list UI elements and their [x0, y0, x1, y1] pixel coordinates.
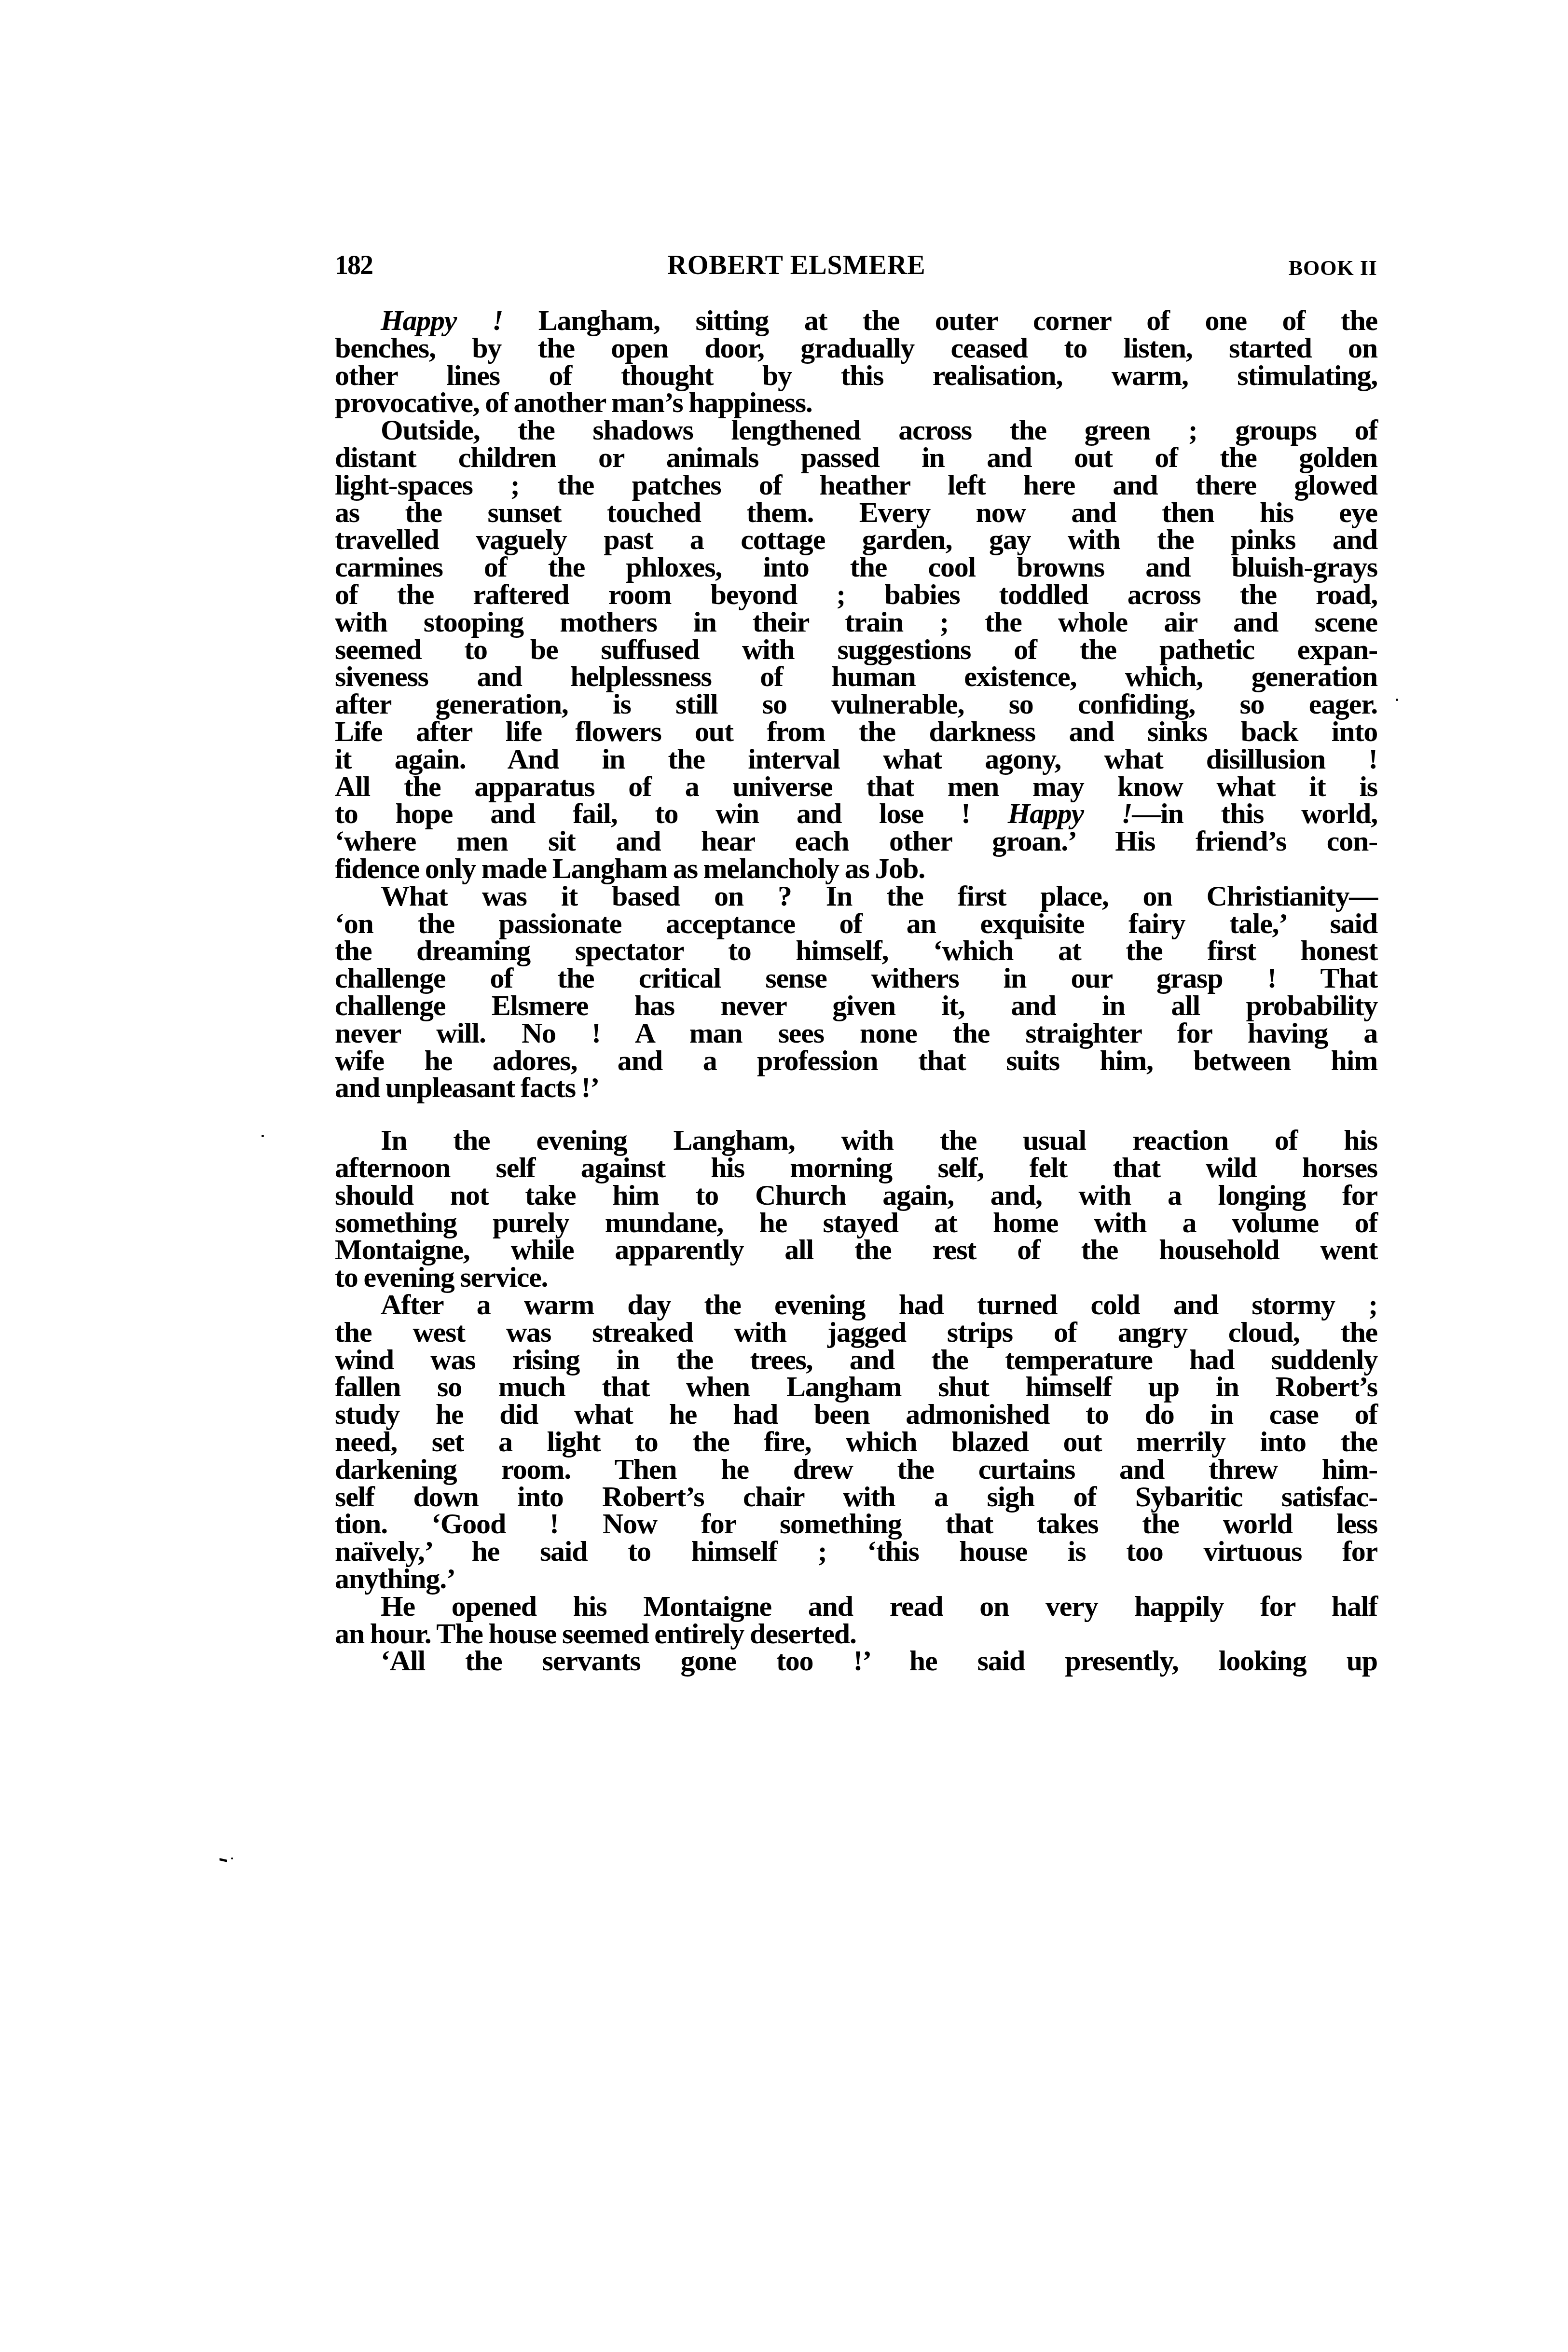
text-line: challenge Elsmere has never given it, an…: [335, 992, 1377, 1019]
text-line: After a warm day the evening had turned …: [335, 1291, 1377, 1319]
text-line: of the raftered room beyond ; babies tod…: [335, 581, 1377, 608]
text-line: should not take him to Church again, and…: [335, 1182, 1377, 1209]
scan-speck: [1396, 699, 1398, 701]
text-line: never will. No ! A man sees none the str…: [335, 1019, 1377, 1047]
text-line: challenge of the critical sense withers …: [335, 964, 1377, 992]
text-line: fidence only made Langham as melancholy …: [335, 855, 1377, 882]
line-text: ‘All the servants gone too !’ he said pr…: [381, 1645, 1377, 1677]
text-line: tion. ‘Good ! Now for something that tak…: [335, 1510, 1377, 1538]
text-line: self down into Robert’s chair with a sig…: [335, 1483, 1377, 1511]
text-line: In the evening Langham, with the usual r…: [335, 1127, 1377, 1154]
text-line: as the sunset touched them. Every now an…: [335, 499, 1377, 526]
text-line: seemed to be suffused with suggestions o…: [335, 636, 1377, 663]
book-page: 182 ROBERT ELSMERE BOOK II Happy ! Langh…: [0, 0, 1568, 2352]
running-head: 182 ROBERT ELSMERE BOOK II: [335, 248, 1377, 282]
text-line: ‘All the servants gone too !’ he said pr…: [335, 1647, 1377, 1675]
book-title: ROBERT ELSMERE: [605, 248, 989, 282]
scan-mark: [220, 1857, 231, 1862]
text-line: need, set a light to the fire, which bla…: [335, 1428, 1377, 1456]
text-line: ‘where men sit and hear each other groan…: [335, 827, 1377, 855]
text-line: ‘on the passionate acceptance of an exqu…: [335, 910, 1377, 937]
page-number: 182: [335, 248, 372, 282]
scan-speck: [261, 1135, 264, 1137]
text-line: What was it based on ? In the first plac…: [335, 882, 1377, 910]
line-text: naïvely,’ he said to himself ; ‘this hou…: [335, 1535, 1377, 1567]
text-line: wife he adores, and a profession that su…: [335, 1047, 1377, 1074]
text-line: the west was streaked with jagged strips…: [335, 1319, 1377, 1346]
text-line: provocative, of another man’s happiness.: [335, 389, 1377, 416]
text-line: to hope and fail, to win and lose ! Happ…: [335, 800, 1377, 827]
text-line: darkening room. Then he drew the curtain…: [335, 1456, 1377, 1483]
text-line: afternoon self against his morning self,…: [335, 1154, 1377, 1182]
text-line: with stooping mothers in their train ; t…: [335, 608, 1377, 636]
text-line: other lines of thought by this realisati…: [335, 362, 1377, 389]
text-line: it again. And in the interval what agony…: [335, 745, 1377, 773]
text-line: He opened his Montaigne and read on very…: [335, 1593, 1377, 1620]
text-line: anything.’: [335, 1565, 1377, 1593]
text-line: carmines of the phloxes, into the cool b…: [335, 553, 1377, 581]
text-line: fallen so much that when Langham shut hi…: [335, 1373, 1377, 1401]
text-line: travelled vaguely past a cottage garden,…: [335, 526, 1377, 553]
text-line: to evening service.: [335, 1264, 1377, 1291]
text-line: Happy ! Langham, sitting at the outer co…: [335, 307, 1377, 334]
text-line: All the apparatus of a universe that men…: [335, 773, 1377, 800]
text-line: light-spaces ; the patches of heather le…: [335, 471, 1377, 499]
text-line: distant children or animals passed in an…: [335, 444, 1377, 471]
text-line: the dreaming spectator to himself, ‘whic…: [335, 937, 1377, 964]
text-line: benches, by the open door, gradually cea…: [335, 334, 1377, 362]
text-line: an hour. The house seemed entirely deser…: [335, 1620, 1377, 1648]
text-line: siveness and helplessness of human exist…: [335, 663, 1377, 690]
text-line: something purely mundane, he stayed at h…: [335, 1209, 1377, 1237]
text-line: and unpleasant facts !’: [335, 1074, 1377, 1101]
text-line: after generation, is still so vulnerable…: [335, 690, 1377, 718]
text-line: Life after life flowers out from the dar…: [335, 718, 1377, 745]
book-section: BOOK II: [1289, 251, 1377, 285]
text-line: wind was rising in the trees, and the te…: [335, 1346, 1377, 1374]
text-line: Outside, the shadows lengthened across t…: [335, 416, 1377, 444]
text-line: naïvely,’ he said to himself ; ‘this hou…: [335, 1538, 1377, 1565]
text-line: Montaigne, while apparently all the rest…: [335, 1236, 1377, 1264]
line-text: and unpleasant facts !’: [335, 1072, 599, 1103]
text-line: study he did what he had been admonished…: [335, 1401, 1377, 1428]
